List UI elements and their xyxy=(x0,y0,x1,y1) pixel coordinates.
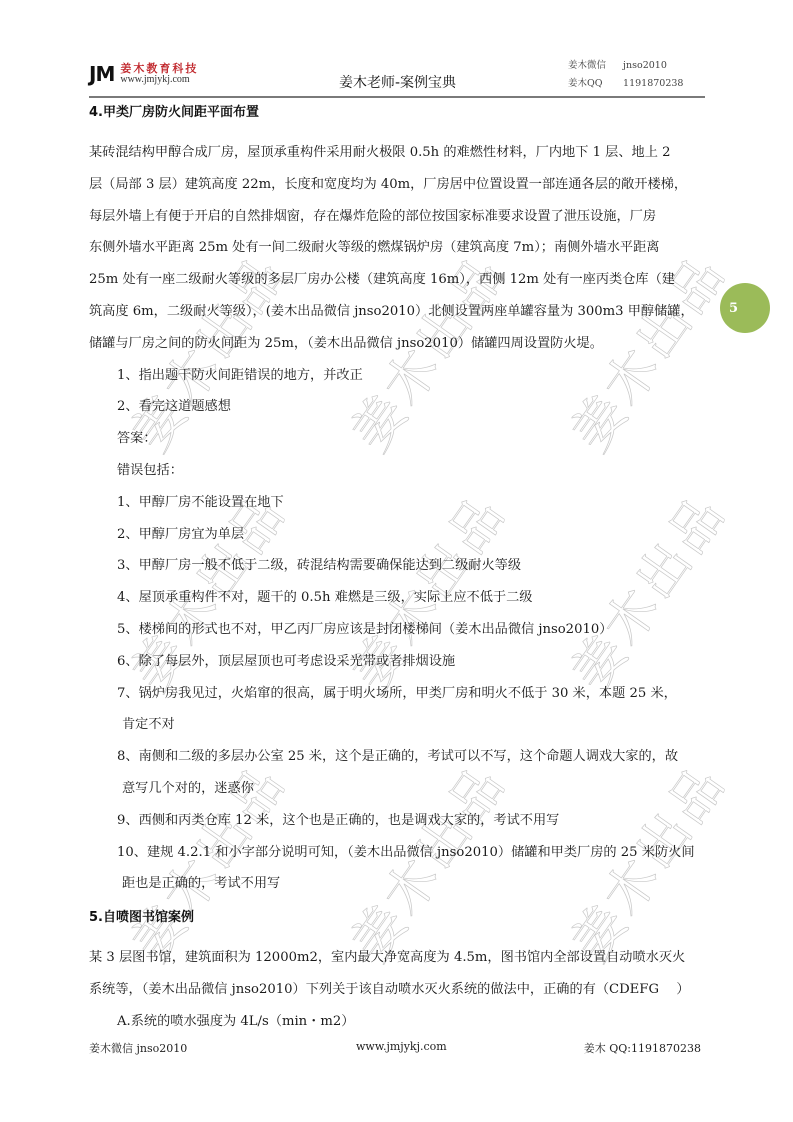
case-description: 某 3 层图书馆，建筑面积为 12000m2，室内最大净宽高度为 4.5m，图书… xyxy=(89,942,705,1037)
question-list: 1、指出题干防火间距错误的地方，并改正 2、看完这道题感想 答案： 错误包括： xyxy=(89,360,705,487)
error-item: 3、甲醇厂房一般不低于二级，砖混结构需要确保能达到二级耐火等级 xyxy=(89,550,705,582)
text-line: 每层外墙上有便于开启的自然排烟窗，存在爆炸危险的部位按国家标准要求设置了泄压设施… xyxy=(89,201,705,233)
logo-text: 姜木教育科技 www.jmjykj.com xyxy=(120,63,198,85)
header-divider xyxy=(89,96,705,98)
question-item: 2、看完这道题感想 xyxy=(89,391,705,423)
error-item: 2、甲醇厂房宜为单层 xyxy=(89,519,705,551)
footer-website: www.jmjykj.com xyxy=(356,1040,447,1053)
error-item: 1、甲醇厂房不能设置在地下 xyxy=(89,487,705,519)
error-item: 7、锅炉房我见过，火焰窜的很高，属于明火场所，甲类厂房和明火不低于 30 米，本… xyxy=(89,678,705,710)
text-line: 储罐与厂房之间的防火间距为 25m，（姜木出品微信 jnso2010）储罐四周设… xyxy=(89,328,705,360)
text-line: 某砖混结构甲醇合成厂房，屋顶承重构件采用耐火极限 0.5h 的难燃性材料，厂内地… xyxy=(89,137,705,169)
error-item: 4、屋顶承重构件不对，题干的 0.5h 难燃是三级，实际上应不低于二级 xyxy=(89,582,705,614)
header-title: 姜木老师-案例宝典 xyxy=(339,72,456,92)
logo: JM 姜木教育科技 www.jmjykj.com xyxy=(89,63,198,85)
footer-qq: 姜木 QQ:1191870238 xyxy=(584,1040,701,1056)
page-content: 4.甲类厂房防火间距平面布置 某砖混结构甲醇合成厂房，屋顶承重构件采用耐火极限 … xyxy=(89,103,705,1038)
question-item: 1、指出题干防火间距错误的地方，并改正 xyxy=(89,360,705,392)
error-list: 1、甲醇厂房不能设置在地下 2、甲醇厂房宜为单层 3、甲醇厂房一般不低于二级，砖… xyxy=(89,487,705,900)
text-line: 东侧外墙水平距离 25m 处有一间二级耐火等级的燃煤锅炉房（建筑高度 7m）；南… xyxy=(89,232,705,264)
error-item: 5、楼梯间的形式也不对，甲乙丙厂房应该是封闭楼梯间（姜木出品微信 jnso201… xyxy=(89,614,705,646)
text-line: 层（局部 3 层）建筑高度 22m，长度和宽度均为 40m，厂房居中位置设置一部… xyxy=(89,169,705,201)
contact-label: 姜木QQ xyxy=(568,75,620,93)
error-item-continuation: 距也是正确的，考试不用写 xyxy=(89,868,705,900)
contact-qq: 姜木QQ 1191870238 xyxy=(568,75,683,93)
error-item: 6、除了每层外，顶层屋顶也可考虑设采光带或者排烟设施 xyxy=(89,646,705,678)
case-description: 某砖混结构甲醇合成厂房，屋顶承重构件采用耐火极限 0.5h 的难燃性材料，厂内地… xyxy=(89,137,705,360)
text-line: 25m 处有一座二级耐火等级的多层厂房办公楼（建筑高度 16m），西侧 12m … xyxy=(89,264,705,296)
document-page: 姜木出品 姜木出品 姜木出品 姜木出品 姜木出品 姜木出品 姜木出品 姜木出品 … xyxy=(0,0,793,1122)
error-item-continuation: 意写几个对的，迷惑你 xyxy=(89,773,705,805)
footer-wechat: 姜木微信 jnso2010 xyxy=(89,1040,187,1056)
error-item: 8、南侧和二级的多层办公室 25 米，这个是正确的，考试可以不写，这个命题人调戏… xyxy=(89,741,705,773)
text-line: 系统等，（姜木出品微信 jnso2010）下列关于该自动喷水灭火系统的做法中，正… xyxy=(89,974,705,1006)
answer-label: 答案： xyxy=(89,423,705,455)
error-item-continuation: 肯定不对 xyxy=(89,709,705,741)
error-item: 10、建规 4.2.1 和小字部分说明可知，（姜木出品微信 jnso2010）储… xyxy=(89,837,705,869)
error-item: 9、西侧和丙类仓库 12 米，这个也是正确的，也是调戏大家的，考试不用写 xyxy=(89,805,705,837)
page-header: JM 姜木教育科技 www.jmjykj.com 姜木老师-案例宝典 姜木微信 … xyxy=(89,55,701,95)
section-heading: 5.自喷图书馆案例 xyxy=(89,908,705,928)
header-contact: 姜木微信 jnso2010 姜木QQ 1191870238 xyxy=(568,57,683,93)
contact-label: 姜木微信 xyxy=(568,57,620,75)
contact-value: jnso2010 xyxy=(623,60,667,71)
logo-mark: JM xyxy=(89,64,114,84)
page-number-badge: 5 xyxy=(720,283,770,333)
section-heading: 4.甲类厂房防火间距平面布置 xyxy=(89,103,705,123)
text-line: 筑高度 6m，二级耐火等级），(姜木出品微信 jnso2010）北侧设置两座单罐… xyxy=(89,296,705,328)
logo-company-name: 姜木教育科技 xyxy=(120,63,198,74)
logo-url: www.jmjykj.com xyxy=(120,74,198,85)
contact-value: 1191870238 xyxy=(623,78,683,89)
contact-wechat: 姜木微信 jnso2010 xyxy=(568,57,683,75)
errors-label: 错误包括： xyxy=(89,455,705,487)
text-line: 某 3 层图书馆，建筑面积为 12000m2，室内最大净宽高度为 4.5m，图书… xyxy=(89,942,705,974)
option-item: A.系统的喷水强度为 4L/s（min・m2） xyxy=(89,1006,705,1038)
